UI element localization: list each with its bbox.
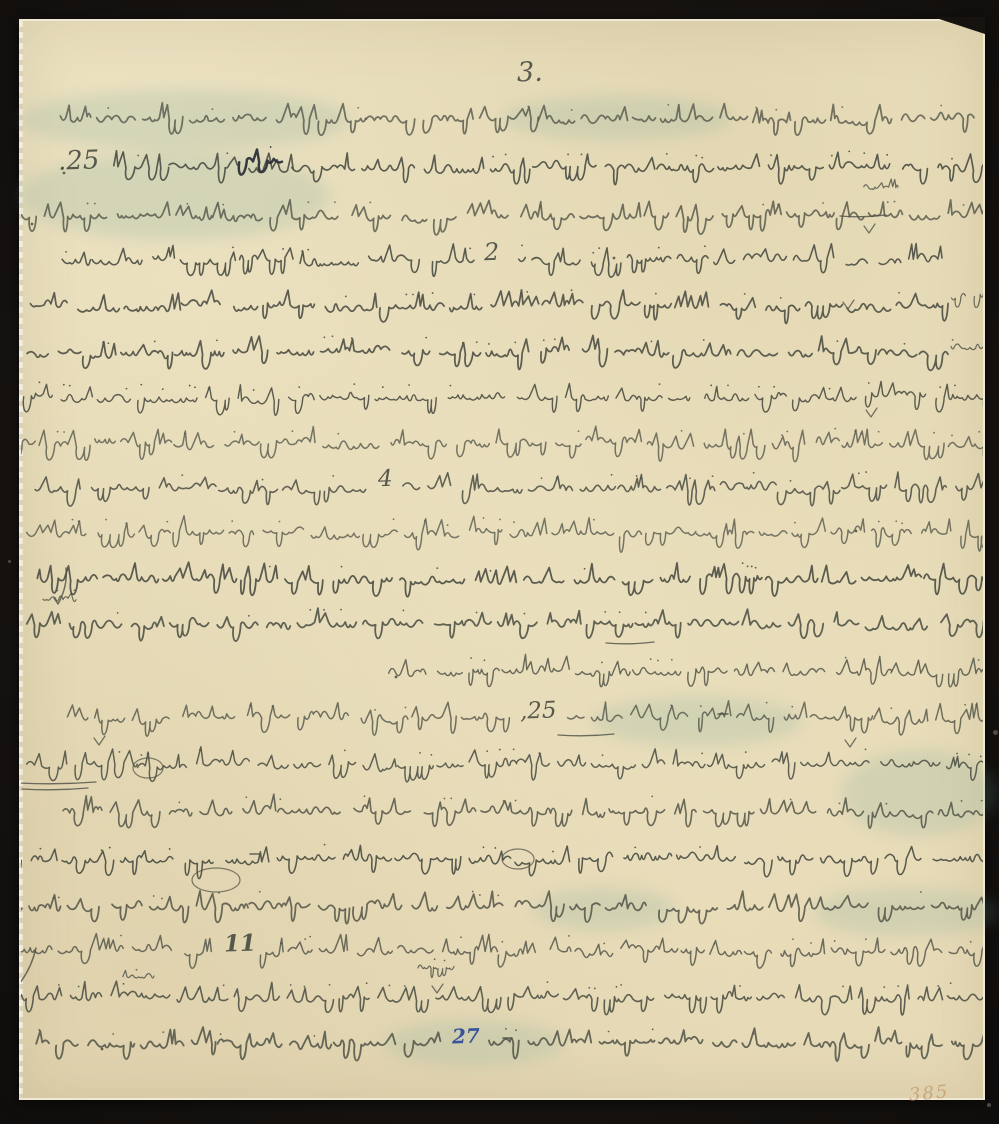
handwriting-line xyxy=(491,290,539,307)
handwriting-line xyxy=(354,798,411,824)
ink-dot xyxy=(280,942,282,944)
ink-dot xyxy=(102,297,104,299)
handwriting-line xyxy=(75,749,137,780)
handwriting-line xyxy=(722,201,781,231)
ink-dot xyxy=(920,891,922,893)
handwriting-line xyxy=(895,472,946,503)
handwriting-line xyxy=(550,937,571,952)
ink-dot xyxy=(786,431,788,433)
ink-dot xyxy=(755,107,757,109)
ink-dot xyxy=(894,201,896,203)
insert-below-line19 xyxy=(123,970,154,978)
handwriting-line xyxy=(575,944,613,957)
ink-dot xyxy=(887,201,889,203)
ink-dot xyxy=(304,986,306,988)
ink-dot xyxy=(578,430,580,432)
ink-dot xyxy=(524,613,526,615)
handwriting-line xyxy=(436,987,501,1013)
ink-dot xyxy=(834,428,836,430)
handwriting-line xyxy=(699,701,731,732)
handwriting-line xyxy=(745,858,772,876)
ink-dot xyxy=(154,340,156,342)
ink-dot xyxy=(890,707,892,709)
ink-dot xyxy=(340,609,342,611)
ink-dot xyxy=(449,385,451,387)
handwriting-line xyxy=(233,114,266,120)
ink-dot xyxy=(226,152,228,154)
ink-dot xyxy=(344,749,346,751)
handwriting-line xyxy=(56,1040,78,1058)
ink-dot xyxy=(162,388,164,390)
handwriting-line xyxy=(169,809,192,816)
underline-mark xyxy=(22,788,88,790)
ink-dot xyxy=(78,521,80,523)
ink-dot xyxy=(608,1031,610,1033)
handwriting-line xyxy=(519,258,526,262)
ink-dot xyxy=(951,158,953,160)
handwriting-line xyxy=(190,116,225,123)
handwriting-line xyxy=(298,703,349,730)
ink-dot xyxy=(640,477,642,479)
handwriting-line xyxy=(67,899,99,922)
ink-dot xyxy=(790,799,792,801)
ink-dot xyxy=(425,337,427,339)
ink-dot xyxy=(323,336,325,338)
ink-dot xyxy=(484,659,486,661)
handwriting-line xyxy=(498,613,537,638)
ink-dot xyxy=(388,985,390,987)
handwriting-line xyxy=(932,898,983,920)
handwriting-line xyxy=(647,433,693,461)
ink-dot xyxy=(700,705,702,707)
handwriting-line xyxy=(277,350,314,356)
ink-dot xyxy=(701,157,703,159)
ink-dot xyxy=(895,520,897,522)
handwriting-line xyxy=(675,291,709,308)
handwriting-line xyxy=(517,384,557,412)
ink-dot xyxy=(211,108,213,110)
ink-dot xyxy=(405,707,407,709)
ink-dot xyxy=(323,609,325,611)
handwriting-line xyxy=(834,612,858,626)
handwriting-line xyxy=(200,800,232,815)
ink-dot xyxy=(314,1035,316,1037)
ink-dot xyxy=(868,382,870,384)
ink-dot xyxy=(65,251,67,253)
handwriting-line xyxy=(92,485,149,502)
handwriting-line xyxy=(784,702,807,720)
handwriting-line xyxy=(737,704,774,732)
ink-dot xyxy=(417,295,419,297)
ink-dot xyxy=(636,475,638,477)
handwriting-line xyxy=(83,342,116,369)
handwriting-line xyxy=(515,891,564,921)
ink-dot xyxy=(658,247,660,249)
ink-dot xyxy=(107,342,109,344)
ink-dot xyxy=(619,611,621,613)
handwriting-line xyxy=(462,713,510,731)
ink-dot xyxy=(181,474,183,476)
ink-dot xyxy=(309,609,311,611)
ink-dot xyxy=(963,204,965,206)
handwriting-line xyxy=(138,397,197,413)
handwriting-line xyxy=(267,623,291,630)
ink-dot xyxy=(393,518,395,520)
handwriting-line xyxy=(659,1030,703,1044)
handwriting-line xyxy=(292,166,322,182)
handwriting-line xyxy=(688,667,727,686)
ink-dot xyxy=(366,982,368,984)
ink-dot xyxy=(309,936,311,938)
overwritten-dark-word-line2 xyxy=(239,150,282,175)
handwriting-line xyxy=(23,384,52,412)
handwriting-line xyxy=(261,427,315,458)
handwriting-line xyxy=(859,985,910,1015)
handwriting-line xyxy=(21,215,36,231)
handwriting-line xyxy=(938,154,983,182)
handwriting-line xyxy=(71,982,102,1001)
ink-dot xyxy=(781,434,783,436)
ink-dot xyxy=(345,296,347,298)
ink-dot xyxy=(503,800,505,802)
ink-dot xyxy=(657,660,659,662)
ink-dot xyxy=(186,203,188,205)
ink-dot xyxy=(412,294,414,296)
handwriting-line xyxy=(61,387,92,402)
handwriting-line xyxy=(574,564,614,584)
handwriting-line xyxy=(398,946,433,953)
ink-dot xyxy=(395,676,398,679)
handwriting-line xyxy=(909,244,942,262)
handwriting-line xyxy=(868,803,932,828)
handwriting-line xyxy=(793,387,857,410)
handwriting-line xyxy=(476,567,517,585)
ink-dot xyxy=(501,941,503,943)
handwriting-line xyxy=(910,215,940,220)
handwriting-line xyxy=(121,851,173,875)
handwriting-line xyxy=(804,1033,869,1061)
handwriting-line xyxy=(633,668,681,676)
ink-dot xyxy=(470,657,472,659)
handwriting-line xyxy=(583,799,605,818)
ink-dot xyxy=(753,1033,755,1035)
ink-dot xyxy=(109,847,111,849)
handwriting-line xyxy=(180,252,235,276)
handwriting-line xyxy=(435,613,491,638)
ink-dot xyxy=(125,523,127,525)
handwriting-line xyxy=(29,895,61,911)
handwriting-line xyxy=(192,1027,216,1054)
handwriting-line xyxy=(343,845,391,872)
handwriting-line xyxy=(675,799,696,826)
handwriting-line xyxy=(891,660,943,686)
ink-dot xyxy=(886,154,888,156)
handwriting-line xyxy=(183,705,235,719)
handwriting-line xyxy=(217,617,258,641)
handwriting-line xyxy=(432,244,474,276)
handwriting-line xyxy=(711,985,751,1012)
handwriting-line xyxy=(633,116,656,122)
numeral-27-line21: 27 xyxy=(452,1026,481,1047)
ink-dot xyxy=(405,294,407,296)
ink-dot xyxy=(304,938,306,940)
ink-dot xyxy=(822,202,824,204)
handwriting-line xyxy=(403,483,420,490)
ink-dot xyxy=(777,204,779,206)
ink-dot xyxy=(878,431,880,433)
ink-dot xyxy=(199,749,201,751)
handwriting-line xyxy=(591,702,622,721)
handwriting-line xyxy=(792,518,825,547)
ink-dot xyxy=(292,430,294,432)
handwriting-line xyxy=(481,801,520,814)
handwriting-line xyxy=(528,476,572,491)
handwriting-line xyxy=(609,808,665,825)
caret-insert-mark xyxy=(843,300,854,309)
ink-dot xyxy=(513,521,515,523)
handwriting-line xyxy=(734,662,774,675)
handwriting-line xyxy=(323,441,379,449)
handwriting-line xyxy=(375,395,436,414)
handwriting-line xyxy=(766,305,800,323)
handwriting-line xyxy=(745,950,772,968)
handwriting-line xyxy=(67,705,88,720)
page-number: 3. xyxy=(517,57,543,88)
handwriting-line xyxy=(938,802,983,817)
ink-dot xyxy=(223,984,225,986)
ink-dot xyxy=(460,936,462,938)
ink-dot xyxy=(878,521,880,523)
ink-dot xyxy=(865,471,867,473)
ink-dot xyxy=(681,430,683,432)
handwriting-line xyxy=(789,351,813,357)
ink-dot xyxy=(364,795,366,797)
ink-dot xyxy=(601,662,603,664)
handwriting-line xyxy=(391,430,446,459)
ink-dot xyxy=(854,430,856,432)
handwriting-line xyxy=(881,760,940,767)
handwriting-line xyxy=(103,563,158,583)
handwriting-line xyxy=(27,751,67,780)
ink-dot xyxy=(742,562,744,564)
handwriting-line xyxy=(218,1033,282,1059)
ink-dot xyxy=(951,435,953,437)
ink-dot xyxy=(402,610,404,612)
handwriting-line xyxy=(361,710,408,735)
handwriting-line xyxy=(902,114,925,121)
handwriting-line xyxy=(727,891,762,911)
handwriting-line xyxy=(206,387,230,415)
ink-dot xyxy=(954,385,956,387)
handwriting-line xyxy=(759,531,787,536)
ink-dot xyxy=(975,704,977,706)
handwriting-line xyxy=(903,164,928,184)
handwriting-line xyxy=(169,153,237,182)
handwriting-line xyxy=(865,616,927,631)
ink-dot xyxy=(332,335,334,337)
ink-dot xyxy=(937,985,939,987)
handwriting-line xyxy=(644,201,668,229)
handwriting-line xyxy=(133,936,172,952)
handwriting-line xyxy=(552,518,614,536)
ink-dot xyxy=(521,244,523,246)
ink-dot xyxy=(69,385,71,387)
handwriting-line xyxy=(772,430,804,461)
handwriting-line xyxy=(621,938,678,962)
ink-dot xyxy=(571,289,573,291)
archive-number: 385 xyxy=(908,1081,950,1105)
ink-dot xyxy=(964,704,966,706)
handwriting-line xyxy=(906,1034,942,1058)
ink-dot xyxy=(794,522,796,524)
ink-dot xyxy=(476,612,478,614)
handwriting-line xyxy=(92,248,142,264)
handwriting-line xyxy=(541,337,569,362)
ink-dot xyxy=(666,153,668,155)
handwriting-line xyxy=(173,516,224,547)
handwriting-line xyxy=(36,1031,49,1044)
caret-insert-mark xyxy=(866,408,877,417)
ink-dot xyxy=(334,201,336,203)
ink-dot xyxy=(374,709,376,711)
manuscript-page: 25.2425,1127 3. 385 xyxy=(19,19,985,1100)
ink-dot xyxy=(78,986,80,988)
flourish-stroke xyxy=(21,948,36,992)
ink-dot xyxy=(571,109,573,111)
handwriting-line xyxy=(402,350,430,366)
handwriting-line xyxy=(398,765,434,782)
handwriting-line xyxy=(681,948,704,966)
ink-dot xyxy=(650,658,652,660)
handwriting-line xyxy=(319,935,347,954)
handwriting-line xyxy=(114,151,169,180)
handwriting-line xyxy=(95,439,115,443)
handwriting-line xyxy=(233,336,268,363)
handwriting-line xyxy=(139,525,170,546)
handwriting-line xyxy=(270,200,338,231)
ink-dot xyxy=(904,343,906,345)
handwriting-line xyxy=(853,856,878,873)
handwriting-line xyxy=(447,891,503,909)
handwriting-line xyxy=(919,351,948,370)
ink-dot xyxy=(841,106,843,108)
handwriting-line xyxy=(440,343,481,367)
ink-dot xyxy=(770,154,772,156)
handwriting-line xyxy=(524,568,564,583)
handwriting-line xyxy=(402,215,427,223)
ink-dot xyxy=(169,848,171,850)
ink-dot xyxy=(57,431,59,433)
ink-dot xyxy=(279,798,281,800)
numeral-25-line2: 25. xyxy=(58,147,100,174)
handwriting-line xyxy=(277,104,317,135)
handwriting-line xyxy=(714,249,735,264)
handwriting-line xyxy=(163,562,207,581)
ink-dot xyxy=(189,385,191,387)
ink-dot xyxy=(956,753,958,755)
ink-dot xyxy=(514,341,516,343)
ink-dot xyxy=(865,938,867,940)
ink-dot xyxy=(584,568,586,570)
ink-dot xyxy=(249,704,251,706)
ink-dot xyxy=(727,384,729,386)
ink-dot xyxy=(490,570,492,572)
ink-dot xyxy=(126,388,128,390)
handwriting-line xyxy=(579,852,613,873)
ink-dot xyxy=(739,985,741,987)
ink-dot xyxy=(58,897,60,899)
handwriting-line xyxy=(837,656,892,684)
handwriting-line xyxy=(358,938,393,956)
handwriting-line xyxy=(566,384,609,412)
handwriting-line xyxy=(556,443,581,458)
handwriting-line xyxy=(700,564,762,594)
handwriting-line xyxy=(380,292,444,322)
handwriting-line xyxy=(665,994,707,1013)
handwriting-line xyxy=(226,847,269,865)
handwriting-line xyxy=(98,523,134,548)
ink-dot xyxy=(483,517,485,519)
ink-dot xyxy=(810,942,812,944)
handwriting-line xyxy=(141,1030,184,1049)
ink-dot xyxy=(162,1031,164,1033)
handwriting-line xyxy=(438,671,463,676)
handwriting-line xyxy=(878,906,924,922)
ink-dot xyxy=(488,343,490,345)
caret-insert-mark xyxy=(432,984,443,993)
handwriting-line xyxy=(661,104,713,122)
ink-dot xyxy=(112,1033,114,1035)
ink-dot xyxy=(341,566,343,568)
handwriting-line xyxy=(510,107,539,131)
ink-dot xyxy=(515,800,517,802)
handwriting-line xyxy=(170,618,209,637)
handwriting-line xyxy=(352,205,390,231)
handwriting-line xyxy=(150,897,189,923)
handwriting-line xyxy=(677,255,708,274)
ink-dot xyxy=(834,940,836,942)
numeral-25-line14: 25, xyxy=(520,699,557,723)
handwriting-line xyxy=(673,343,731,368)
handwriting-line xyxy=(708,753,765,778)
ink-dot xyxy=(505,154,507,156)
handwriting-line xyxy=(39,430,90,460)
ink-dot xyxy=(603,943,605,945)
ink-dot xyxy=(101,1048,104,1051)
handwriting-line xyxy=(688,620,738,627)
handwriting-line xyxy=(890,430,944,460)
handwriting-line xyxy=(62,252,90,265)
handwriting-line xyxy=(378,987,429,1013)
ink-dot xyxy=(865,748,867,750)
ink-dot xyxy=(259,891,261,893)
handwriting-line xyxy=(27,352,48,358)
handwriting-line xyxy=(918,987,942,1001)
handwriting-line xyxy=(508,987,558,1010)
ink-dot xyxy=(950,982,952,984)
handwriting-line xyxy=(842,474,887,501)
handwriting-line xyxy=(197,747,250,766)
handwriting-line xyxy=(424,155,483,173)
ink-dot xyxy=(282,248,284,250)
handwriting-line xyxy=(287,988,333,1012)
ink-dot xyxy=(307,249,309,251)
handwriting-line xyxy=(366,116,415,135)
handwriting-line xyxy=(796,985,852,1015)
handwriting-line xyxy=(78,295,120,312)
handwriting-line xyxy=(290,1032,332,1050)
ink-dot xyxy=(526,291,528,293)
